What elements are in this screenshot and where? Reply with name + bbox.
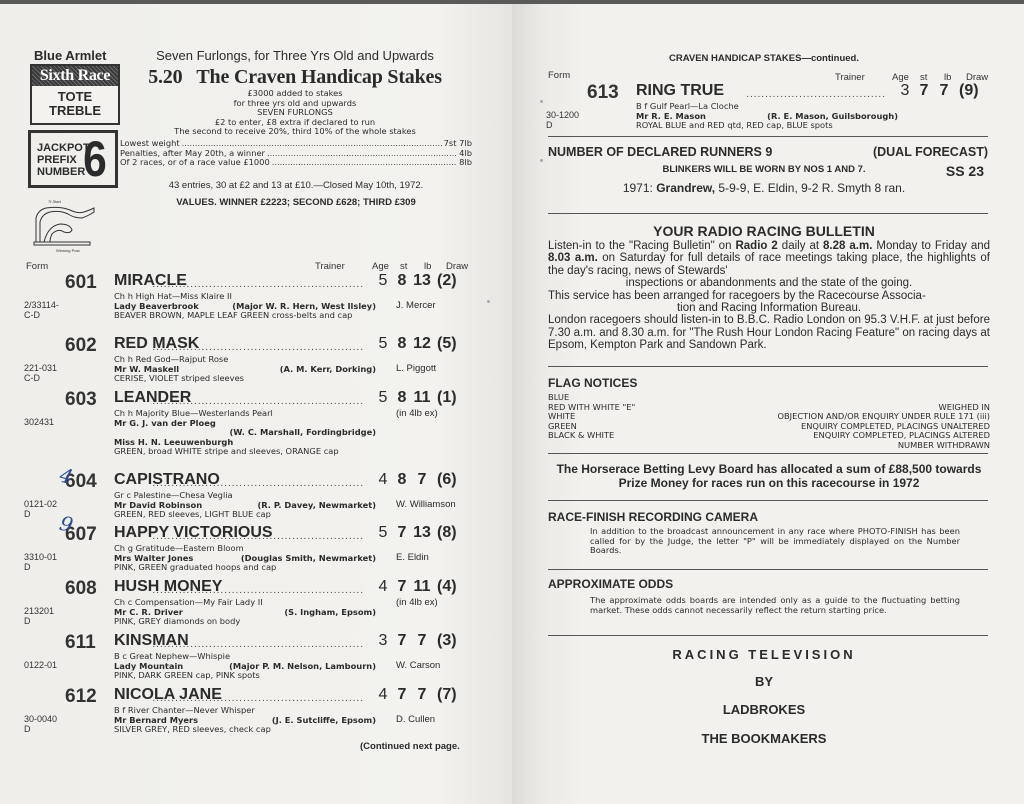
continued-note: (Continued next page. [360, 741, 460, 752]
runner-entry: 608HUSH MONEY...........................… [24, 578, 474, 627]
runner-draw: (4) [437, 578, 457, 596]
dot-leader: ........................................… [114, 639, 364, 650]
runner-entry: 611KINSMAN..............................… [24, 632, 474, 681]
runner-pounds: 7 [412, 471, 432, 489]
runner-number: 608 [65, 578, 97, 600]
runner-form: 30-1200 D [546, 111, 579, 130]
runner-jockey: W. Carson [396, 661, 440, 671]
tv-line-2: BY [536, 674, 992, 689]
dot-leader: ........................................… [114, 279, 364, 290]
weight-label: Of 2 races, or of a race value £1000 [120, 158, 270, 168]
runner-colours: PINK, DARK GREEN cap, PINK spots [114, 671, 376, 681]
race-distance-line: Seven Furlongs, for Three Yrs Old and Up… [118, 48, 472, 63]
runner-stone: 7 [917, 82, 931, 100]
runner-entry: 601MIRACLE..............................… [24, 272, 474, 321]
runner-form: 0122-01 [24, 661, 57, 671]
runner-stone: 8 [395, 389, 409, 407]
runner-age: 5 [376, 524, 390, 542]
dot-leader: ........................................… [114, 342, 364, 353]
runner-pounds: 13 [412, 524, 432, 542]
runner-colours: PINK, GREY diamonds on body [114, 617, 376, 627]
col-draw: Draw [446, 261, 468, 272]
divider [548, 136, 988, 137]
runner-age: 3 [898, 82, 912, 100]
runner-stone: 7 [395, 686, 409, 704]
col-lb: lb [424, 261, 431, 272]
runner-trainer: (A. M. Kerr, Dorking) [280, 365, 376, 375]
race-time: 5.20 [148, 66, 182, 88]
race-number-label: Sixth Race [32, 66, 118, 86]
runner-entry: 604CAPISTRANO...........................… [24, 471, 474, 520]
runner-entry: 607HAPPY VICTORIOUS.....................… [24, 524, 474, 573]
dot-leader: ........................................… [114, 531, 364, 542]
declared-count: NUMBER OF DECLARED RUNNERS 9 [548, 145, 772, 159]
flag-notices-list: BLUE RED WITH WHITE "E"WEIGHED IN WHITEO… [548, 393, 990, 450]
col-form: Form [26, 261, 48, 272]
odds-title: APPROXIMATE ODDS [548, 577, 673, 591]
jackpot-line-3: NUMBER [37, 166, 90, 178]
last-year-result: 1971: Grandrew, 5-9-9, E. Eldin, 9-2 R. … [536, 181, 992, 195]
runner-name: RING TRUE [636, 82, 724, 100]
runner-number: 612 [65, 686, 97, 708]
entries-line: 43 entries, 30 at £2 and 13 at £10.—Clos… [120, 180, 472, 191]
declared-runners: NUMBER OF DECLARED RUNNERS 9 (DUAL FOREC… [548, 145, 988, 159]
continued-header: CRAVEN HANDICAP STAKES—continued. [536, 53, 992, 64]
runner-number: 611 [65, 632, 96, 654]
runner-trainer: (J. E. Sutcliffe, Epsom) [272, 716, 376, 726]
tote-treble-label: TOTE TREBLE [32, 86, 118, 123]
runner-jockey: W. Williamson [396, 500, 456, 510]
race-name: The Craven Handicap Stakes [196, 66, 441, 88]
runner-jockey: J. Mercer [396, 301, 436, 311]
radio-bulletin-text: Listen-in to the "Racing Bulletin" on Ra… [548, 240, 990, 352]
jackpot-line-2: PREFIX [37, 154, 90, 166]
runner-stone: 8 [395, 471, 409, 489]
runner-stone: 8 [395, 272, 409, 290]
jackpot-prefix-box: JACKPOT PREFIX NUMBER 6 [28, 130, 118, 188]
runner-penalty-note: (in 4lb ex) [396, 409, 438, 419]
last-year-prefix: 1971: [623, 181, 656, 195]
svg-text:Winning Post: Winning Post [56, 248, 80, 253]
flag-row: NUMBER WITHDRAWN [548, 441, 990, 451]
last-year-winner: Grandrew, [656, 181, 715, 195]
runner-form: 2/33114-C-D [24, 301, 59, 320]
divider [548, 635, 988, 636]
runner-age: 4 [376, 471, 390, 489]
runner-colours: GREEN, RED sleeves, LIGHT BLUE cap [114, 510, 376, 520]
runner-age: 5 [376, 272, 390, 290]
runner-age: 5 [376, 389, 390, 407]
tv-line-3: LADBROKES [536, 702, 992, 717]
col-st: st [400, 261, 407, 272]
weights-table: Lowest weight7st 7lb Penalties, after Ma… [120, 139, 472, 168]
runner-draw: (3) [437, 632, 457, 650]
runner-pounds: 7 [412, 632, 432, 650]
divider [548, 453, 988, 454]
runner-entry: 613 RING TRUE ..........................… [546, 82, 996, 131]
runner-entry: 612NICOLA JANE..........................… [24, 686, 474, 735]
runner-form: 213201D [24, 607, 54, 626]
runner-colours: SILVER GREY, RED sleeves, check cap [114, 725, 376, 735]
levy-board-notice: The Horserace Betting Levy Board has all… [548, 462, 990, 490]
runner-number: 613 [587, 82, 619, 104]
svg-text:7f Start: 7f Start [48, 199, 62, 204]
runner-draw: (9) [959, 82, 979, 100]
runner-stone: 7 [395, 524, 409, 542]
weight-row: Of 2 races, or of a race value £10008lb [120, 158, 472, 168]
tote-line-1: TOTE [32, 90, 118, 104]
dot-leader: ........................................… [114, 693, 364, 704]
runner-pounds: 13 [412, 272, 432, 290]
runner-jockey: L. Piggott [396, 364, 436, 374]
binding-dot [540, 100, 543, 103]
condition-line: The second to receive 20%, third 10% of … [118, 127, 472, 137]
runner-age: 4 [376, 578, 390, 596]
runner-draw: (5) [437, 335, 457, 353]
runner-age: 4 [376, 686, 390, 704]
runner-pounds: 7 [412, 686, 432, 704]
runner-stone: 8 [395, 335, 409, 353]
runner-number: 603 [65, 389, 97, 411]
race-number-box: Sixth Race TOTE TREBLE [30, 64, 120, 125]
runner-age: 3 [376, 632, 390, 650]
runner-draw: (7) [437, 686, 457, 704]
weight-value: 8lb [459, 158, 472, 168]
runner-age: 5 [376, 335, 390, 353]
runner-jockey: D. Cullen [396, 715, 435, 725]
camera-text: In addition to the broadcast announcemen… [590, 527, 960, 556]
runner-colours: CERISE, VIOLET striped sleeves [114, 374, 376, 384]
runner-draw: (8) [437, 524, 457, 542]
runner-form: 221-031C-D [24, 364, 57, 383]
radio-bulletin-title: YOUR RADIO RACING BULLETIN [536, 223, 992, 239]
col-trainer: Trainer [315, 261, 345, 272]
runner-pounds: 7 [934, 82, 954, 100]
runner-form: 3310-01D [24, 553, 57, 572]
runner-pounds: 11 [412, 389, 432, 407]
col-age: Age [372, 261, 389, 272]
runner-trainer: (R. P. Davey, Newmarket) [257, 501, 376, 511]
binding-dot [540, 159, 543, 162]
runner-trainer: (S. Ingham, Epsom) [284, 608, 376, 618]
runner-penalty-note: (in 4lb ex) [396, 598, 438, 608]
runner-entry: 602RED MASK.............................… [24, 335, 474, 384]
flag-notices-title: FLAG NOTICES [548, 376, 637, 390]
runner-form: 0121-02D [24, 500, 57, 519]
tote-line-2: TREBLE [32, 104, 118, 118]
runner-colours: PINK, GREEN graduated hoops and cap [114, 563, 376, 573]
runner-stone: 7 [395, 578, 409, 596]
dot-leader: ........................................… [114, 396, 364, 407]
dot-leader: ........................................… [114, 585, 364, 596]
jackpot-label: JACKPOT PREFIX NUMBER [37, 142, 90, 178]
runner-number: 602 [65, 335, 97, 357]
divider [548, 366, 988, 367]
runner-pounds: 12 [412, 335, 432, 353]
runner-colours: BEAVER BROWN, MAPLE LEAF GREEN cross-bel… [114, 311, 376, 321]
col-form: Form [548, 70, 570, 81]
runner-form: 302431 [24, 418, 54, 428]
runner-colours: GREEN, broad WHITE stripe and sleeves, O… [114, 447, 376, 457]
prize-values: VALUES. WINNER £2223; SECOND £628; THIRD… [120, 197, 472, 208]
last-year-details: 5-9-9, E. Eldin, 9-2 R. Smyth 8 ran. [715, 181, 905, 195]
runner-number: 601 [65, 272, 97, 294]
tv-line-1: RACING TELEVISION [536, 647, 992, 662]
forecast-type: (DUAL FORECAST) [873, 145, 988, 159]
race-title: 5.20The Craven Handicap Stakes [118, 66, 472, 89]
blinkers-note: BLINKERS WILL BE WORN BY NOS 1 AND 7. [536, 164, 992, 175]
runner-entry: 603LEANDER..............................… [24, 389, 474, 457]
jackpot-number: 6 [83, 133, 107, 185]
race-conditions: Seven Furlongs, for Three Yrs Old and Up… [118, 48, 472, 137]
runner-draw: (1) [437, 389, 457, 407]
armlet-label: Blue Armlet [34, 48, 106, 63]
divider [548, 213, 988, 214]
runner-draw: (6) [437, 471, 457, 489]
divider [548, 500, 988, 501]
camera-title: RACE-FINISH RECORDING CAMERA [548, 510, 758, 524]
runner-jockey: E. Eldin [396, 553, 429, 563]
runner-stone: 7 [395, 632, 409, 650]
jackpot-line-1: JACKPOT [37, 142, 90, 154]
runner-pounds: 11 [412, 578, 432, 596]
course-map-icon: 7f Start Winning Post [30, 196, 100, 254]
dot-leader: ........................................… [114, 478, 364, 489]
divider [548, 569, 988, 570]
runner-draw: (2) [437, 272, 457, 290]
runner-form: 30-0040D [24, 715, 57, 734]
tv-line-4: THE BOOKMAKERS [536, 731, 992, 746]
odds-text: The approximate odds boards are intended… [590, 596, 960, 615]
binding-dot [487, 300, 490, 303]
runner-colours: ROYAL BLUE and RED qtd, RED cap, BLUE sp… [636, 121, 898, 131]
